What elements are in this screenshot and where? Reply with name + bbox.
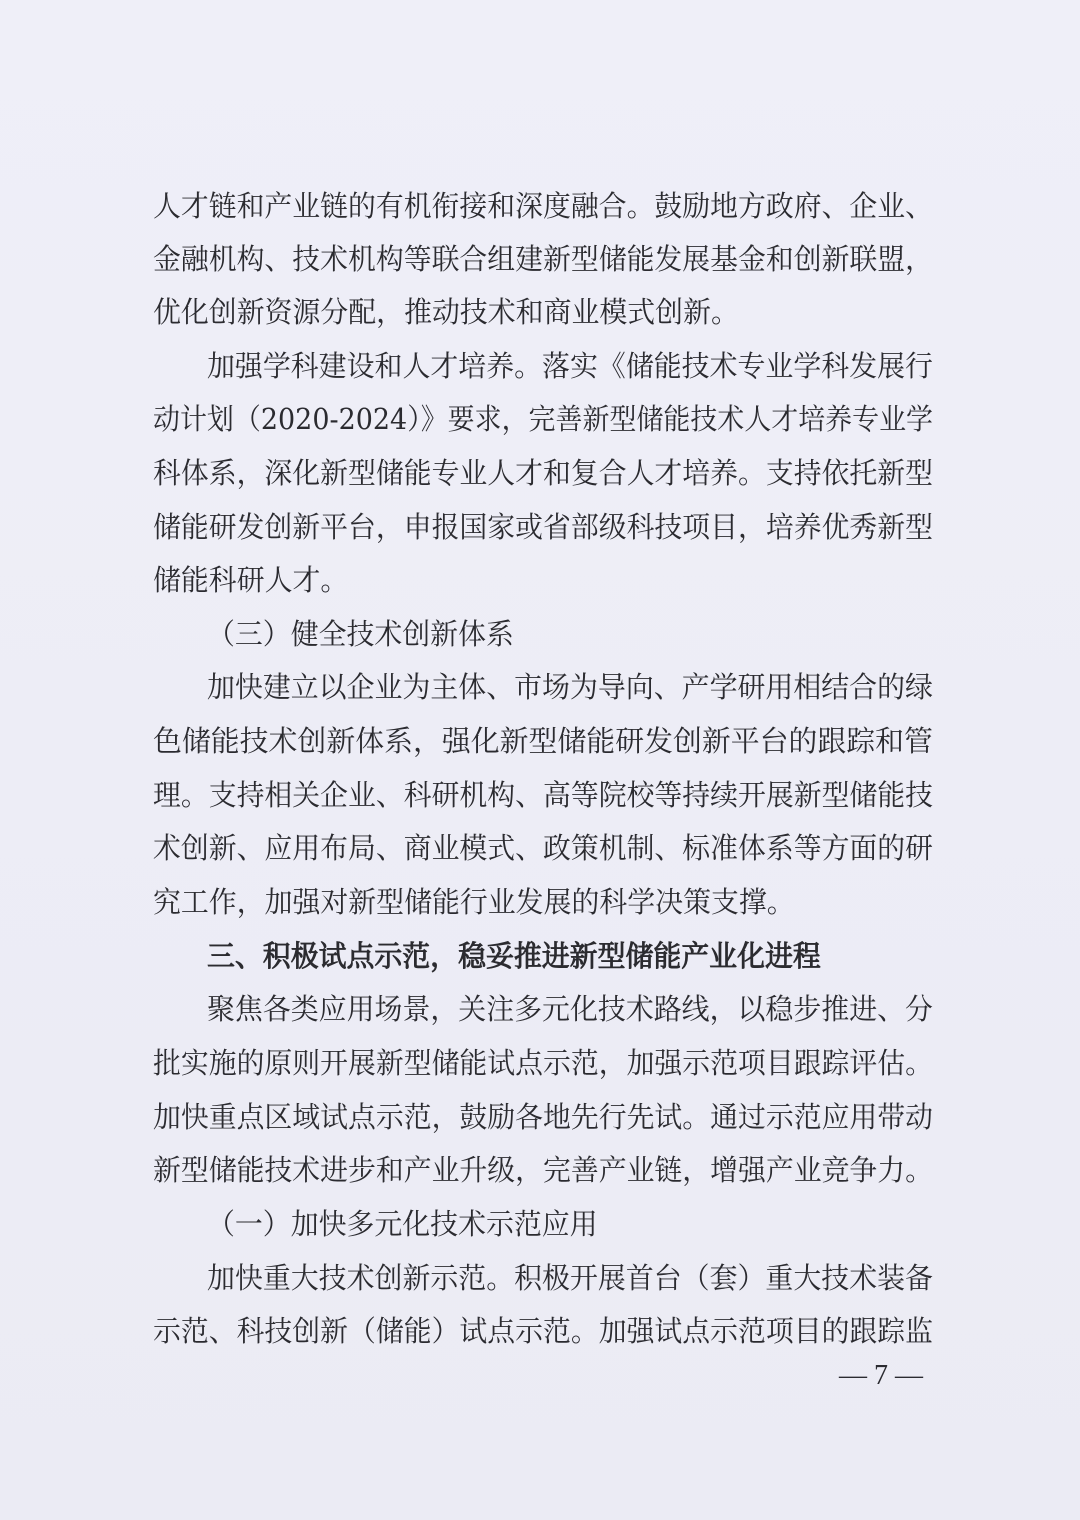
line-text: 新型储能技术进步和产业升级，完善产业链，增强产业竞争力。 <box>153 1150 933 1190</box>
subheading-text: （三）健全技术创新体系 <box>207 614 514 654</box>
line-text: 加快重点区域试点示范，鼓励各地先行先试。通过示范应用带动 <box>153 1097 933 1137</box>
text-line-19: 新型储能技术进步和产业升级，完善产业链，增强产业竞争力。 <box>153 1150 935 1190</box>
paragraph-discipline-building: 加强学科建设和人才培养。落实《储能技术专业学科发展行 <box>207 346 989 386</box>
line-text: 术创新、应用布局、商业模式、政策机制、标准体系等方面的研 <box>153 828 933 868</box>
line-text: 科体系，深化新型储能专业人才和复合人才培养。支持依托新型 <box>153 453 933 493</box>
line-text: 加强学科建设和人才培养。落实《储能技术专业学科发展行 <box>207 346 933 386</box>
text-line-10: 加快建立以企业为主体、市场为导向、产学研用相结合的绿 <box>207 667 989 707</box>
text-line-13: 术创新、应用布局、商业模式、政策机制、标准体系等方面的研 <box>153 828 935 868</box>
line-text: 理。支持相关企业、科研机构、高等院校等持续开展新型储能技 <box>153 775 933 815</box>
line-text: 批实施的原则开展新型储能试点示范，加强示范项目跟踪评估。 <box>153 1043 933 1083</box>
line-text: 动计划（2020-2024）》要求，完善新型储能技术人才培养专业学 <box>153 399 933 439</box>
line-text: 人才链和产业链的有机衔接和深度融合。鼓励地方政府、企业、 <box>153 186 933 226</box>
text-line-2: 金融机构、技术机构等联合组建新型储能发展基金和创新联盟， <box>153 239 935 279</box>
text-line-11: 色储能技术创新体系，强化新型储能研发创新平台的跟踪和管 <box>153 721 935 761</box>
text-line-17: 批实施的原则开展新型储能试点示范，加强示范项目跟踪评估。 <box>153 1043 935 1083</box>
line-text: 究工作，加强对新型储能行业发展的科学决策支撑。 <box>153 882 795 922</box>
line-text: 优化创新资源分配，推动技术和商业模式创新。 <box>153 292 739 332</box>
text-line-7: 储能研发创新平台，申报国家或省部级科技项目，培养优秀新型 <box>153 507 935 547</box>
text-line-22: 示范、科技创新（储能）试点示范。加强试点示范项目的跟踪监 <box>153 1311 935 1351</box>
line-text: 聚焦各类应用场景，关注多元化技术路线，以稳步推进、分 <box>207 989 933 1029</box>
text-line-5: 动计划（2020-2024）》要求，完善新型储能技术人才培养专业学 <box>153 399 935 439</box>
line-text: 色储能技术创新体系，强化新型储能研发创新平台的跟踪和管 <box>153 721 933 761</box>
page-number: — 7 — <box>826 1356 936 1396</box>
line-text: 加快重大技术创新示范。积极开展首台（套）重大技术装备 <box>207 1258 933 1298</box>
text-line-1: 人才链和产业链的有机衔接和深度融合。鼓励地方政府、企业、 <box>153 186 935 226</box>
section-heading-three: 三、积极试点示范，稳妥推进新型储能产业化进程 <box>207 936 989 976</box>
text-line-3: 优化创新资源分配，推动技术和商业模式创新。 <box>153 292 935 332</box>
text-line-8: 储能科研人才。 <box>153 560 935 600</box>
subheading-diversified-tech-demo: （一）加快多元化技术示范应用 <box>207 1204 989 1244</box>
subheading-text: （一）加快多元化技术示范应用 <box>207 1204 598 1244</box>
text-line-16: 聚焦各类应用场景，关注多元化技术路线，以稳步推进、分 <box>207 989 989 1029</box>
text-line-6: 科体系，深化新型储能专业人才和复合人才培养。支持依托新型 <box>153 453 935 493</box>
line-text: 示范、科技创新（储能）试点示范。加强试点示范项目的跟踪监 <box>153 1311 933 1351</box>
line-text: 金融机构、技术机构等联合组建新型储能发展基金和创新联盟， <box>153 239 933 279</box>
heading-text: 三、积极试点示范，稳妥推进新型储能产业化进程 <box>207 936 821 976</box>
document-page: 人才链和产业链的有机衔接和深度融合。鼓励地方政府、企业、 金融机构、技术机构等联… <box>0 0 1080 1520</box>
line-text: 加快建立以企业为主体、市场为导向、产学研用相结合的绿 <box>207 667 933 707</box>
text-line-14: 究工作，加强对新型储能行业发展的科学决策支撑。 <box>153 882 935 922</box>
subheading-tech-innovation-system: （三）健全技术创新体系 <box>207 614 989 654</box>
line-text: 储能研发创新平台，申报国家或省部级科技项目，培养优秀新型 <box>153 507 933 547</box>
text-line-18: 加快重点区域试点示范，鼓励各地先行先试。通过示范应用带动 <box>153 1097 935 1137</box>
line-text: 储能科研人才。 <box>153 560 348 600</box>
text-line-12: 理。支持相关企业、科研机构、高等院校等持续开展新型储能技 <box>153 775 935 815</box>
paragraph-major-tech-demo: 加快重大技术创新示范。积极开展首台（套）重大技术装备 <box>207 1258 989 1298</box>
